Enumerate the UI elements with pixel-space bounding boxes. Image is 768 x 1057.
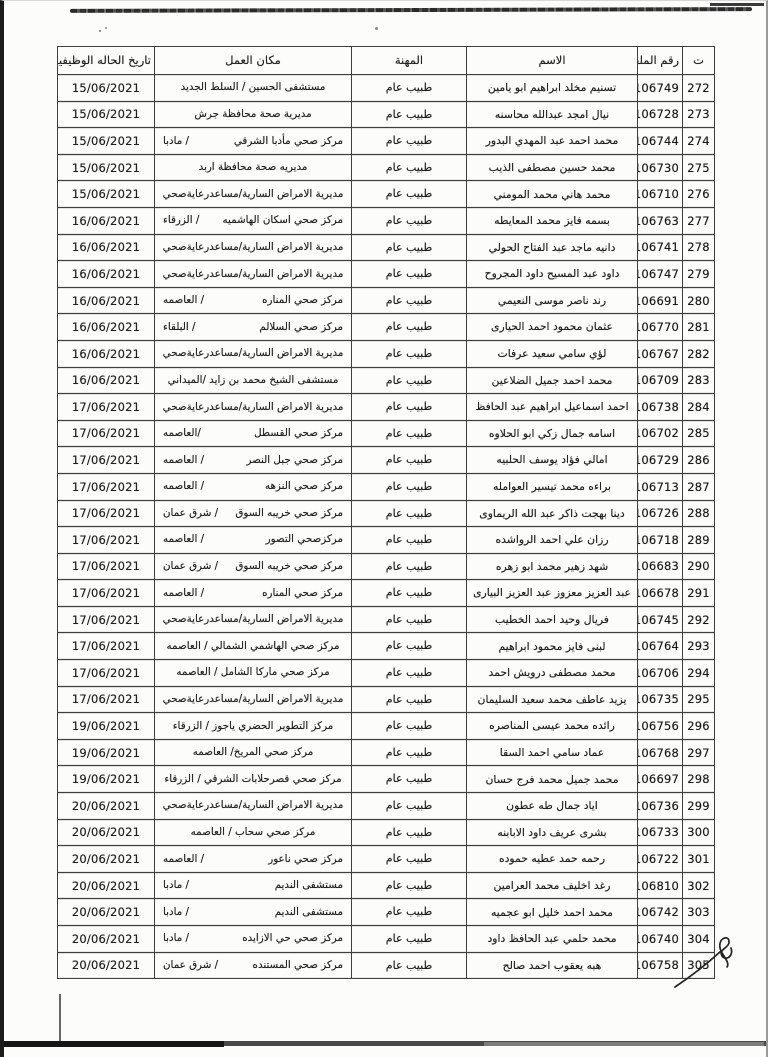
file-no-cell: 106736 (638, 793, 683, 820)
name-cell: محمد احمد جميل الضلاعين (467, 367, 638, 394)
file-no-cell: 106683 (638, 553, 683, 580)
date-cell: 17/06/2021 (58, 447, 155, 474)
scan-streak-artifact (70, 7, 752, 13)
workplace-area-text: / العاصمه (163, 588, 204, 599)
profession-cell: طبيب عام (352, 101, 467, 128)
file-no-cell: 106697 (638, 766, 683, 793)
name-cell: اياد جمال طه عطون (467, 793, 638, 820)
file-no-cell: 106745 (638, 606, 683, 633)
workplace-text: مستشفى النديم (275, 907, 343, 918)
file-no-cell: 106756 (638, 713, 683, 740)
workplace-cell: مستشفى الحسين / السلط الجديد (155, 75, 352, 102)
workplace-text: مديرية الامراض السارية/مساعدرعايةصحي (163, 694, 344, 705)
workplace-area-text: / شرق عمان (163, 960, 218, 971)
date-cell: 20/06/2021 (58, 793, 155, 820)
serial-cell: 290 (683, 553, 715, 580)
profession-cell: طبيب عام (352, 633, 467, 660)
date-cell: 17/06/2021 (58, 606, 155, 633)
file-no-cell: 106678 (638, 580, 683, 607)
date-cell: 20/06/2021 (58, 899, 155, 926)
file-no-cell: 106763 (638, 207, 683, 234)
workplace-text: مركز صحي المريخ/ العاصمه (193, 747, 314, 758)
name-cell: دانيه ماجد عبد الفتاح الحولي (467, 234, 638, 261)
table-row: 296106756رائده محمد عيسى المناصرهطبيب عا… (58, 713, 715, 740)
workplace-text: مركز صحي النزهه (265, 481, 343, 492)
workplace-text: مديرية الامراض السارية/مساعدرعايةصحي (163, 348, 344, 359)
name-cell: هبه يعقوب احمد صالح (467, 952, 638, 979)
workplace-area-text: / الزرقاء (163, 215, 199, 226)
file-no-cell: 106768 (638, 739, 683, 766)
workplace-text: مستشفى النديم (275, 880, 343, 891)
table-row: 299106736اياد جمال طه عطونطبيب عاممديرية… (58, 793, 715, 820)
date-cell: 20/06/2021 (58, 819, 155, 846)
workplace-area-text: / العاصمه (163, 455, 204, 466)
file-no-cell: 106747 (638, 261, 683, 288)
workplace-text: مديريه صحة محافظة اربد (199, 162, 308, 173)
name-cell: شهد زهير محمد ابو زهره (467, 553, 638, 580)
workplace-cell: مديرية الامراض السارية/مساعدرعايةصحي (155, 686, 352, 713)
workplace-cell: مركز التطوير الحضري ياجوز / الزرقاء (155, 713, 352, 740)
name-cell: احمد اسماعيل ابراهيم عبد الحافظ (467, 394, 638, 421)
workplace-cell: مديرية الامراض السارية/مساعدرعايةصحي (155, 181, 352, 208)
serial-cell: 284 (683, 394, 715, 421)
table-row: 278106741دانيه ماجد عبد الفتاح الحوليطبي… (58, 234, 715, 261)
workplace-cell: مركز صحي المستنده/ شرق عمان (155, 952, 352, 979)
name-cell: نيال امجد عبدالله محاسنه (467, 101, 638, 128)
table-row: 294106706محمد مصطفى درويش احمدطبيب عاممر… (58, 660, 715, 687)
serial-cell: 287 (683, 473, 715, 500)
date-cell: 19/06/2021 (58, 713, 155, 740)
workplace-text: مركز صحي خريبه السوق (235, 561, 343, 572)
workplace-area-text: / مادبا (163, 907, 189, 918)
name-cell: امالي فؤاد يوسف الحلبيه (467, 447, 638, 474)
serial-cell: 278 (683, 234, 715, 261)
table-row: 301106722رحمه حمد عطيه حمودهطبيب عاممركز… (58, 846, 715, 873)
serial-cell: 293 (683, 633, 715, 660)
workplace-text: مركز صحي الهاشمي الشمالي / العاصمه (167, 641, 340, 652)
name-cell: رغد اخليف محمد العرامين (467, 872, 638, 899)
date-cell: 17/06/2021 (58, 633, 155, 660)
serial-cell: 280 (683, 287, 715, 314)
profession-cell: طبيب عام (352, 128, 467, 155)
name-cell: محمد احمد عبد المهدي البدور (467, 128, 638, 155)
profession-cell: طبيب عام (352, 686, 467, 713)
profession-cell: طبيب عام (352, 207, 467, 234)
name-cell: عثمان محمود احمد الحيارى (467, 314, 638, 341)
workplace-cell: مركزصحي التصور/ العاصمه (155, 527, 352, 554)
serial-cell: 301 (683, 846, 715, 873)
serial-cell: 302 (683, 872, 715, 899)
table-row: 297106768عماد سامي احمد السقاطبيب عاممرك… (58, 739, 715, 766)
name-cell: اسامه جمال زكي ابو الحلاوه (467, 420, 638, 447)
profession-cell: طبيب عام (352, 846, 467, 873)
date-cell: 16/06/2021 (58, 207, 155, 234)
date-cell: 19/06/2021 (58, 739, 155, 766)
workplace-text: مديرية الامراض السارية/مساعدرعايةصحي (163, 189, 344, 200)
date-cell: 15/06/2021 (58, 75, 155, 102)
file-no-cell: 106741 (638, 234, 683, 261)
workplace-cell: مديرية الامراض السارية/مساعدرعايةصحي (155, 394, 352, 421)
page-bottom-edge-dark (4, 1041, 224, 1047)
table-row: 281106770عثمان محمود احمد الحيارىطبيب عا… (58, 314, 715, 341)
profession-cell: طبيب عام (352, 154, 467, 181)
workplace-area-text: / العاصمه (163, 534, 204, 545)
scan-dot-artifact (375, 27, 378, 30)
date-cell: 16/06/2021 (58, 340, 155, 367)
header-serial: ت (683, 47, 715, 75)
table-row: 304106740محمد حلمي عبد الحافظ داودطبيب ع… (58, 926, 715, 953)
date-cell: 16/06/2021 (58, 367, 155, 394)
name-cell: لؤي سامي سعيد عرفات (467, 340, 638, 367)
table-row: 287106713براءه محمد تيسير العواملهطبيب ع… (58, 473, 715, 500)
name-cell: بسمه فايز محمد المعايطه (467, 207, 638, 234)
serial-cell: 279 (683, 261, 715, 288)
profession-cell: طبيب عام (352, 660, 467, 687)
workplace-area-text: / البلقاء (163, 322, 195, 333)
workplace-cell: مستشفى النديم/ مادبا (155, 872, 352, 899)
serial-cell: 300 (683, 819, 715, 846)
table-row: 300106733بشرى عريف داود الابابنهطبيب عام… (58, 819, 715, 846)
date-cell: 16/06/2021 (58, 261, 155, 288)
scan-dash-artifact (710, 3, 764, 6)
serial-cell: 286 (683, 447, 715, 474)
workplace-text: مركز صحي المناره (262, 588, 343, 599)
date-cell: 17/06/2021 (58, 500, 155, 527)
profession-cell: طبيب عام (352, 713, 467, 740)
header-profession: المهنة (352, 47, 467, 75)
table-header: ت رقم الملف الاسم المهنة مكان العمل تاري… (58, 47, 715, 75)
date-cell: 17/06/2021 (58, 420, 155, 447)
profession-cell: طبيب عام (352, 606, 467, 633)
workplace-area-text: / شرق عمان (163, 561, 218, 572)
serial-cell: 299 (683, 793, 715, 820)
table-row: 282106767لؤي سامي سعيد عرفاتطبيب عاممدير… (58, 340, 715, 367)
table-row: 303106742محمد احمد خليل ابو عجميهطبيب عا… (58, 899, 715, 926)
profession-cell: طبيب عام (352, 420, 467, 447)
header-workplace: مكان العمل (155, 47, 352, 75)
file-no-cell: 106764 (638, 633, 683, 660)
workplace-cell: مركز صحي السلالم/ البلقاء (155, 314, 352, 341)
serial-cell: 276 (683, 181, 715, 208)
date-cell: 17/06/2021 (58, 527, 155, 554)
header-date: تاريخ الحاله الوظيفيه (58, 47, 155, 75)
workplace-text: مركز صحي القسطل (254, 428, 343, 439)
workplace-area-text: /العاصمه (163, 428, 201, 439)
table-row: 286106729امالي فؤاد يوسف الحلبيهطبيب عام… (58, 447, 715, 474)
serial-cell: 297 (683, 739, 715, 766)
workplace-text: مديرية الامراض السارية/مساعدرعايةصحي (163, 242, 344, 253)
date-cell: 20/06/2021 (58, 872, 155, 899)
file-no-cell: 106730 (638, 154, 683, 181)
workplace-cell: مديرية الامراض السارية/مساعدرعايةصحي (155, 793, 352, 820)
workplace-text: مديرية صحة محافظة جرش (194, 109, 311, 120)
table-row: 283106709محمد احمد جميل الضلاعينطبيب عام… (58, 367, 715, 394)
workplace-cell: مركز صحي جبل النصر/ العاصمه (155, 447, 352, 474)
workplace-cell: مستشفى الشيخ محمد بن زايد /الميداني (155, 367, 352, 394)
workplace-cell: مستشفى النديم/ مادبا (155, 899, 352, 926)
profession-cell: طبيب عام (352, 234, 467, 261)
date-cell: 17/06/2021 (58, 580, 155, 607)
workplace-area-text: / العاصمه (163, 854, 204, 865)
workplace-cell: مركز صحي مأدبا الشرقي/ مادبا (155, 128, 352, 155)
workplace-cell: مركز صحي المناره/ العاصمه (155, 580, 352, 607)
workplace-cell: مركز صحي النزهه/ العاصمه (155, 473, 352, 500)
file-no-cell: 106770 (638, 314, 683, 341)
name-cell: رند ناصر موسى النعيمي (467, 287, 638, 314)
workplace-text: مستشفى الحسين / السلط الجديد (181, 82, 326, 93)
workplace-cell: مركز صحي الهاشمي الشمالي / العاصمه (155, 633, 352, 660)
profession-cell: طبيب عام (352, 500, 467, 527)
workplace-text: مركز صحي حي الازايده (242, 933, 343, 944)
page-bottom-edge-light (484, 1042, 764, 1046)
workplace-cell: مركز صحي ماركا الشامل / العاصمه (155, 660, 352, 687)
scan-tick-artifact (59, 994, 61, 1042)
file-no-cell: 106810 (638, 872, 683, 899)
profession-cell: طبيب عام (352, 553, 467, 580)
header-file-no: رقم الملف (638, 47, 683, 75)
workplace-text: مركز صحي ناعور (268, 854, 343, 865)
workplace-text: مركزصحي التصور (266, 534, 343, 545)
name-cell: براءه محمد تيسير العوامله (467, 473, 638, 500)
file-no-cell: 106718 (638, 527, 683, 554)
table-row: 276106710محمد هاني محمد المومنيطبيب عامم… (58, 181, 715, 208)
table-row: 279106747داود عبد المسيح داود المجروحطبي… (58, 261, 715, 288)
workplace-cell: مديرية الامراض السارية/مساعدرعايةصحي (155, 261, 352, 288)
file-no-cell: 106738 (638, 394, 683, 421)
table-row: 274106744محمد احمد عبد المهدي البدورطبيب… (58, 128, 715, 155)
table-row: 295106735يزيد عاطف محمد سعيد السليمانطبي… (58, 686, 715, 713)
table-row: 291106678عبد العزيز معزوز عبد العزيز الب… (58, 580, 715, 607)
profession-cell: طبيب عام (352, 75, 467, 102)
scan-dot-artifact (99, 30, 101, 32)
date-cell: 16/06/2021 (58, 314, 155, 341)
workplace-cell: مديريه صحة محافظة اربد (155, 154, 352, 181)
profession-cell: طبيب عام (352, 739, 467, 766)
file-no-cell: 106767 (638, 340, 683, 367)
name-cell: رائده محمد عيسى المناصره (467, 713, 638, 740)
table-row: 292106745فريال وحيد احمد الخطيبطبيب عامم… (58, 606, 715, 633)
serial-cell: 298 (683, 766, 715, 793)
serial-cell: 288 (683, 500, 715, 527)
serial-cell: 281 (683, 314, 715, 341)
date-cell: 20/06/2021 (58, 846, 155, 873)
profession-cell: طبيب عام (352, 926, 467, 953)
table-row: 298106697محمد جميل محمد فرج حسانطبيب عام… (58, 766, 715, 793)
workplace-area-text: / شرق عمان (163, 508, 218, 519)
workplace-cell: مديرية الامراض السارية/مساعدرعايةصحي (155, 234, 352, 261)
date-cell: 17/06/2021 (58, 660, 155, 687)
file-no-cell: 106733 (638, 819, 683, 846)
workplace-text: مركز صحي المناره (262, 295, 343, 306)
signature-mark (672, 933, 746, 991)
table-row: 275106730محمد حسين مصطفى الذيبطبيب عاممد… (58, 154, 715, 181)
table-row: 302106810رغد اخليف محمد العرامينطبيب عام… (58, 872, 715, 899)
file-no-cell: 106726 (638, 500, 683, 527)
profession-cell: طبيب عام (352, 793, 467, 820)
workplace-cell: مركز صحي اسكان الهاشميه/ الزرقاء (155, 207, 352, 234)
serial-cell: 274 (683, 128, 715, 155)
profession-cell: طبيب عام (352, 287, 467, 314)
serial-cell: 277 (683, 207, 715, 234)
name-cell: عبد العزيز معزوز عبد العزيز البيارى (467, 580, 638, 607)
serial-cell: 291 (683, 580, 715, 607)
workplace-text: مركز صحي اسكان الهاشميه (222, 215, 343, 226)
workplace-text: مركز صحي السلالم (259, 322, 343, 333)
serial-cell: 285 (683, 420, 715, 447)
table-row: 288106726دينا بهجت ذاكر عبد الله الريماو… (58, 500, 715, 527)
file-no-cell: 106706 (638, 660, 683, 687)
workplace-cell: مركز صحي ناعور/ العاصمه (155, 846, 352, 873)
date-cell: 17/06/2021 (58, 473, 155, 500)
file-no-cell: 106728 (638, 101, 683, 128)
name-cell: محمد احمد خليل ابو عجميه (467, 899, 638, 926)
scanned-page: ت رقم الملف الاسم المهنة مكان العمل تاري… (0, 0, 768, 1057)
workplace-cell: مركز صحي المناره/ العاصمه (155, 287, 352, 314)
workplace-cell: مركز صحي خريبه السوق/ شرق عمان (155, 553, 352, 580)
file-no-cell: 106742 (638, 899, 683, 926)
workplace-area-text: / مادبا (163, 880, 189, 891)
profession-cell: طبيب عام (352, 340, 467, 367)
workplace-area-text: / العاصمه (163, 295, 204, 306)
employee-roster-table: ت رقم الملف الاسم المهنة مكان العمل تاري… (57, 46, 715, 979)
profession-cell: طبيب عام (352, 367, 467, 394)
file-no-cell: 106709 (638, 367, 683, 394)
workplace-area-text: / العاصمه (163, 481, 204, 492)
date-cell: 20/06/2021 (58, 952, 155, 979)
table-row: 289106718رزان علي احمد الرواشدهطبيب عامم… (58, 527, 715, 554)
file-no-cell: 106749 (638, 75, 683, 102)
file-no-cell: 106710 (638, 181, 683, 208)
serial-cell: 289 (683, 527, 715, 554)
date-cell: 16/06/2021 (58, 234, 155, 261)
date-cell: 17/06/2021 (58, 553, 155, 580)
file-no-cell: 106722 (638, 846, 683, 873)
profession-cell: طبيب عام (352, 952, 467, 979)
profession-cell: طبيب عام (352, 819, 467, 846)
workplace-area-text: / مادبا (163, 933, 189, 944)
profession-cell: طبيب عام (352, 181, 467, 208)
profession-cell: طبيب عام (352, 473, 467, 500)
workplace-text: مديرية الامراض السارية/مساعدرعايةصحي (163, 800, 344, 811)
workplace-text: مركز صحي ماركا الشامل / العاصمه (176, 667, 329, 678)
date-cell: 15/06/2021 (58, 154, 155, 181)
date-cell: 16/06/2021 (58, 287, 155, 314)
serial-cell: 282 (683, 340, 715, 367)
file-no-cell: 106702 (638, 420, 683, 447)
name-cell: محمد حلمي عبد الحافظ داود (467, 926, 638, 953)
name-cell: رزان علي احمد الرواشده (467, 527, 638, 554)
workplace-cell: مركز صحي قصرحلابات الشرقي / الزرقاء (155, 766, 352, 793)
profession-cell: طبيب عام (352, 447, 467, 474)
serial-cell: 275 (683, 154, 715, 181)
workplace-text: مديرية الامراض السارية/مساعدرعايةصحي (163, 269, 344, 280)
serial-cell: 272 (683, 75, 715, 102)
serial-cell: 295 (683, 686, 715, 713)
profession-cell: طبيب عام (352, 261, 467, 288)
name-cell: تسنيم مخلد ابراهيم ابو يامين (467, 75, 638, 102)
file-no-cell: 106744 (638, 128, 683, 155)
file-no-cell: 106735 (638, 686, 683, 713)
name-cell: دينا بهجت ذاكر عبد الله الريماوى (467, 500, 638, 527)
header-name: الاسم (467, 47, 638, 75)
profession-cell: طبيب عام (352, 872, 467, 899)
name-cell: يزيد عاطف محمد سعيد السليمان (467, 686, 638, 713)
serial-cell: 273 (683, 101, 715, 128)
name-cell: محمد حسين مصطفى الذيب (467, 154, 638, 181)
workplace-text: مديرية الامراض السارية/مساعدرعايةصحي (163, 614, 344, 625)
file-no-cell: 106713 (638, 473, 683, 500)
table-row: 272106749تسنيم مخلد ابراهيم ابو يامينطبي… (58, 75, 715, 102)
name-cell: عماد سامي احمد السقا (467, 739, 638, 766)
name-cell: لبنى فايز محمود ابراهيم (467, 633, 638, 660)
header-row: ت رقم الملف الاسم المهنة مكان العمل تاري… (58, 47, 715, 75)
profession-cell: طبيب عام (352, 394, 467, 421)
date-cell: 20/06/2021 (58, 926, 155, 953)
table-body: 272106749تسنيم مخلد ابراهيم ابو يامينطبي… (58, 75, 715, 979)
file-no-cell: 106729 (638, 447, 683, 474)
workplace-area-text: / مادبا (163, 136, 189, 147)
workplace-text: مركز التطوير الحضري ياجوز / الزرقاء (173, 721, 334, 732)
date-cell: 17/06/2021 (58, 686, 155, 713)
name-cell: محمد مصطفى درويش احمد (467, 660, 638, 687)
profession-cell: طبيب عام (352, 899, 467, 926)
workplace-cell: مركز صحي خريبه السوق/ شرق عمان (155, 500, 352, 527)
date-cell: 17/06/2021 (58, 394, 155, 421)
workplace-text: مركز صحي مأدبا الشرقي (234, 136, 343, 147)
date-cell: 15/06/2021 (58, 101, 155, 128)
table-row: 293106764لبنى فايز محمود ابراهيمطبيب عام… (58, 633, 715, 660)
date-cell: 19/06/2021 (58, 766, 155, 793)
table-row: 290106683شهد زهير محمد ابو زهرهطبيب عامم… (58, 553, 715, 580)
name-cell: رحمه حمد عطيه حموده (467, 846, 638, 873)
profession-cell: طبيب عام (352, 527, 467, 554)
profession-cell: طبيب عام (352, 580, 467, 607)
table-row: 285106702اسامه جمال زكي ابو الحلاوهطبيب … (58, 420, 715, 447)
profession-cell: طبيب عام (352, 314, 467, 341)
workplace-text: مستشفى الشيخ محمد بن زايد /الميداني (168, 375, 339, 386)
table-row: 284106738احمد اسماعيل ابراهيم عبد الحافظ… (58, 394, 715, 421)
workplace-text: مركز صحي سحاب / العاصمه (191, 827, 316, 838)
serial-cell: 303 (683, 899, 715, 926)
date-cell: 15/06/2021 (58, 181, 155, 208)
workplace-cell: مديرية الامراض السارية/مساعدرعايةصحي (155, 340, 352, 367)
table-row: 305106758هبه يعقوب احمد صالحطبيب عاممركز… (58, 952, 715, 979)
workplace-text: مركز صحي المستنده (253, 960, 343, 971)
workplace-text: مديرية الامراض السارية/مساعدرعايةصحي (163, 402, 344, 413)
serial-cell: 283 (683, 367, 715, 394)
name-cell: داود عبد المسيح داود المجروح (467, 261, 638, 288)
workplace-cell: مركز صحي حي الازايده/ مادبا (155, 926, 352, 953)
name-cell: فريال وحيد احمد الخطيب (467, 606, 638, 633)
serial-cell: 296 (683, 713, 715, 740)
workplace-cell: مركز صحي سحاب / العاصمه (155, 819, 352, 846)
serial-cell: 294 (683, 660, 715, 687)
serial-cell: 292 (683, 606, 715, 633)
table-row: 273106728نيال امجد عبدالله محاسنهطبيب عا… (58, 101, 715, 128)
workplace-cell: مديرية الامراض السارية/مساعدرعايةصحي (155, 606, 352, 633)
workplace-text: مركز صحي قصرحلابات الشرقي / الزرقاء (164, 774, 341, 785)
name-cell: بشرى عريف داود الابابنه (467, 819, 638, 846)
workplace-text: مركز صحي خريبه السوق (235, 508, 343, 519)
workplace-cell: مركز صحي المريخ/ العاصمه (155, 739, 352, 766)
scan-dot-artifact (105, 27, 107, 29)
table-row: 277106763بسمه فايز محمد المعايطهطبيب عام… (58, 207, 715, 234)
date-cell: 15/06/2021 (58, 128, 155, 155)
name-cell: محمد هاني محمد المومني (467, 181, 638, 208)
workplace-cell: مركز صحي القسطل/العاصمه (155, 420, 352, 447)
file-no-cell: 106691 (638, 287, 683, 314)
profession-cell: طبيب عام (352, 766, 467, 793)
